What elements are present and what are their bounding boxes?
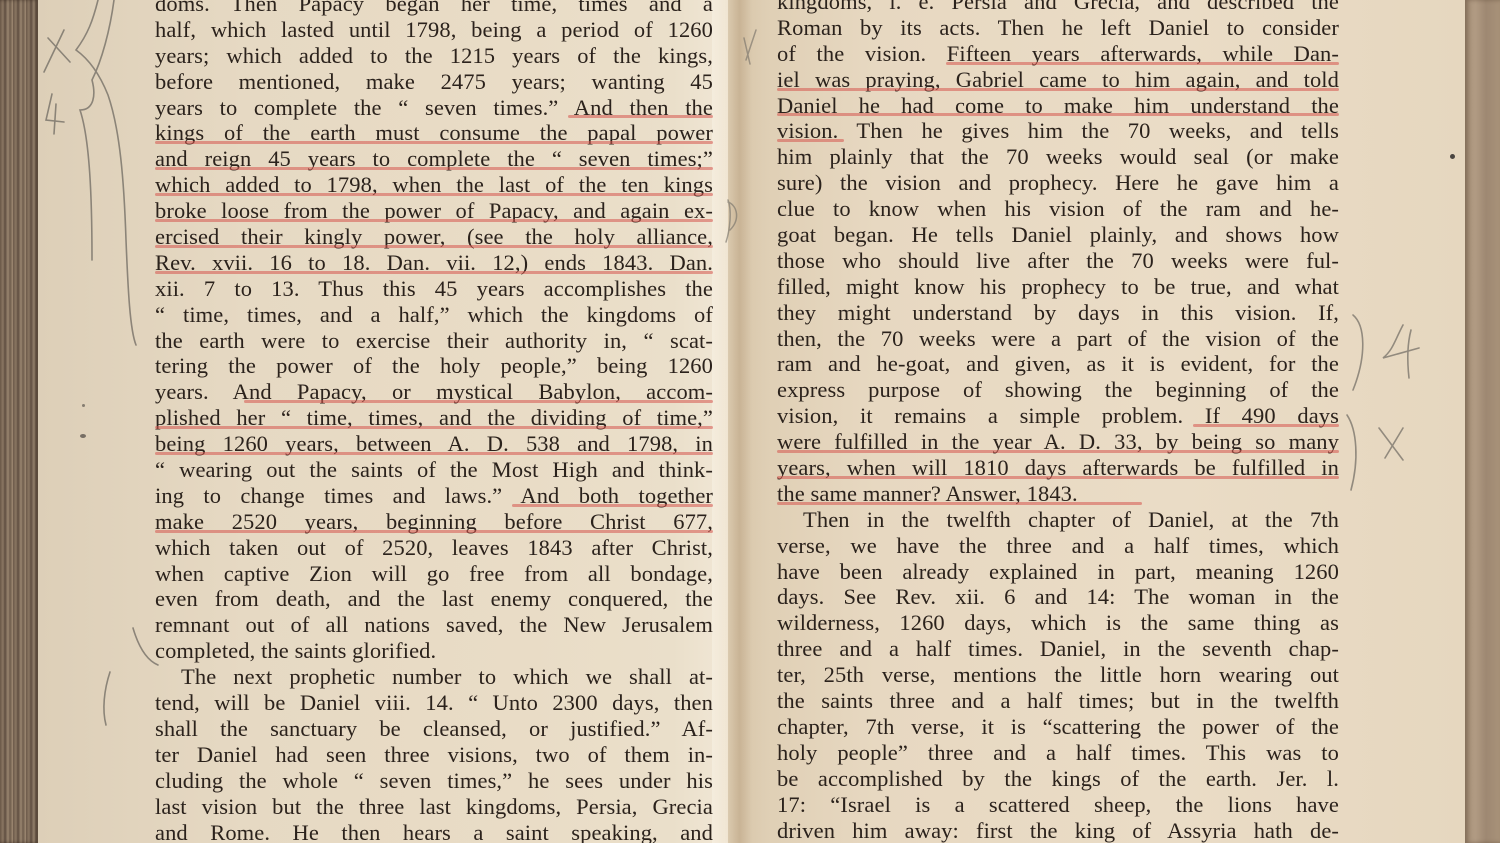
text-line: completed, the saints glorified. — [155, 638, 713, 664]
text-line: the saints three and a half times; but i… — [777, 688, 1339, 714]
text-line: even from death, and the last enemy conq… — [155, 586, 713, 612]
text-line: verse, we have the three and a half time… — [777, 533, 1339, 559]
book-edge-left — [0, 0, 38, 843]
text-line-underlined: and reign 45 years to complete the “ sev… — [155, 146, 713, 172]
right-page-text: kingdoms, i. e. Persia and Grecia, and d… — [777, 0, 1339, 843]
text-line: be accomplished by the kings of the eart… — [777, 766, 1339, 792]
text-line: kingdoms, i. e. Persia and Grecia, and d… — [777, 0, 1339, 15]
text-line: days. See Rev. xii. 6 and 14: The woman … — [777, 584, 1339, 610]
text-line: shall the sanctuary be cleansed, or just… — [155, 716, 713, 742]
text-line-underlined: vision. Then he gives him the 70 weeks, … — [777, 118, 1339, 144]
text-line: ter, 25th verse, mentions the little hor… — [777, 662, 1339, 688]
text-line-underlined: vision, it remains a simple problem. If … — [777, 403, 1339, 429]
text-line: “ time, times, and a half,” which the ki… — [155, 302, 713, 328]
text-line-underlined: ercised their kingly power, (see the hol… — [155, 224, 713, 250]
text-line: years; which added to the 1215 years of … — [155, 43, 713, 69]
book-spread: doms. Then Papacy began her time, times … — [0, 0, 1500, 843]
text-line: and Rome. He then hears a saint speaking… — [155, 820, 713, 843]
text-line: ter Daniel had seen three visions, two o… — [155, 742, 713, 768]
text-line: goat began. He tells Daniel plainly, and… — [777, 222, 1339, 248]
text-line: when captive Zion will go free from all … — [155, 561, 713, 587]
text-line: xii. 7 to 13. Thus this 45 years accompl… — [155, 276, 713, 302]
text-line: then, the 70 weeks were a part of the vi… — [777, 326, 1339, 352]
text-line: tering the power of the holy people,” be… — [155, 353, 713, 379]
text-line: the earth were to exercise their authori… — [155, 328, 713, 354]
text-line-underlined: iel was praying, Gabriel came to him aga… — [777, 67, 1339, 93]
text-line-underlined: plished her “ time, times, and the divid… — [155, 405, 713, 431]
text-line-underlined: which added to 1798, when the last of th… — [155, 172, 713, 198]
text-line-underlined: years to complete the “ seven times.” An… — [155, 95, 713, 121]
text-line: they might understand by days in this vi… — [777, 300, 1339, 326]
text-line: “ wearing out the saints of the Most Hig… — [155, 457, 713, 483]
text-line: driven him away: first the king of Assyr… — [777, 818, 1339, 843]
text-line: wilderness, 1260 days, which is the same… — [777, 610, 1339, 636]
text-line-underlined: being 1260 years, between A. D. 538 and … — [155, 431, 713, 457]
text-line: remnant out of all nations saved, the Ne… — [155, 612, 713, 638]
text-line: The next prophetic number to which we sh… — [155, 664, 713, 690]
paper-speck — [80, 434, 86, 438]
text-line: filled, might know his prophecy to be tr… — [777, 274, 1339, 300]
text-line: doms. Then Papacy began her time, times … — [155, 0, 713, 17]
book-edge-right — [1465, 0, 1500, 843]
text-line: him plainly that the 70 weeks would seal… — [777, 144, 1339, 170]
text-line-underlined: Rev. xvii. 16 to 18. Dan. vii. 12,) ends… — [155, 250, 713, 276]
text-line: three and a half times. Daniel, in the s… — [777, 636, 1339, 662]
text-line-underlined: years. And Papacy, or mystical Babylon, … — [155, 379, 713, 405]
text-line: which taken out of 2520, leaves 1843 aft… — [155, 535, 713, 561]
text-line: 17: “Israel is a scattered sheep, the li… — [777, 792, 1339, 818]
paper-speck — [82, 404, 85, 407]
text-line: express purpose of showing the beginning… — [777, 377, 1339, 403]
text-line: holy people” three and a half times. Thi… — [777, 740, 1339, 766]
text-line: tend, will be Daniel viii. 14. “ Unto 23… — [155, 690, 713, 716]
text-line: those who should live after the 70 weeks… — [777, 248, 1339, 274]
text-line: Roman by its acts. Then he left Daniel t… — [777, 15, 1339, 41]
text-line: Then in the twelfth chapter of Daniel, a… — [777, 507, 1339, 533]
text-line: before mentioned, make 2475 years; wanti… — [155, 69, 713, 95]
text-line-underlined: of the vision. Fifteen years afterwards,… — [777, 41, 1339, 67]
paper-speck — [1450, 154, 1455, 159]
text-line: clue to know when his vision of the ram … — [777, 196, 1339, 222]
text-line-underlined: were fulfilled in the year A. D. 33, by … — [777, 429, 1339, 455]
text-line-underlined: kings of the earth must consume the papa… — [155, 120, 713, 146]
text-line-underlined: the same manner? Answer, 1843. — [777, 481, 1339, 507]
text-line-underlined: ing to change times and laws.” And both … — [155, 483, 713, 509]
text-line: last vision but the three last kingdoms,… — [155, 794, 713, 820]
text-line: have been already explained in part, mea… — [777, 559, 1339, 585]
text-line-underlined: broke loose from the power of Papacy, an… — [155, 198, 713, 224]
text-line: sure) the vision and prophecy. Here he g… — [777, 170, 1339, 196]
text-line: cluding the whole “ seven times,” he see… — [155, 768, 713, 794]
text-line-underlined: make 2520 years, beginning before Christ… — [155, 509, 713, 535]
text-line: ram and he-goat, and given, as it is evi… — [777, 351, 1339, 377]
text-line: chapter, 7th verse, it is “scattering th… — [777, 714, 1339, 740]
text-line-underlined: Daniel he had come to make him understan… — [777, 93, 1339, 119]
left-page-text: doms. Then Papacy began her time, times … — [155, 0, 713, 843]
text-line: half, which lasted until 1798, being a p… — [155, 17, 713, 43]
text-line-underlined: years, when will 1810 days afterwards be… — [777, 455, 1339, 481]
